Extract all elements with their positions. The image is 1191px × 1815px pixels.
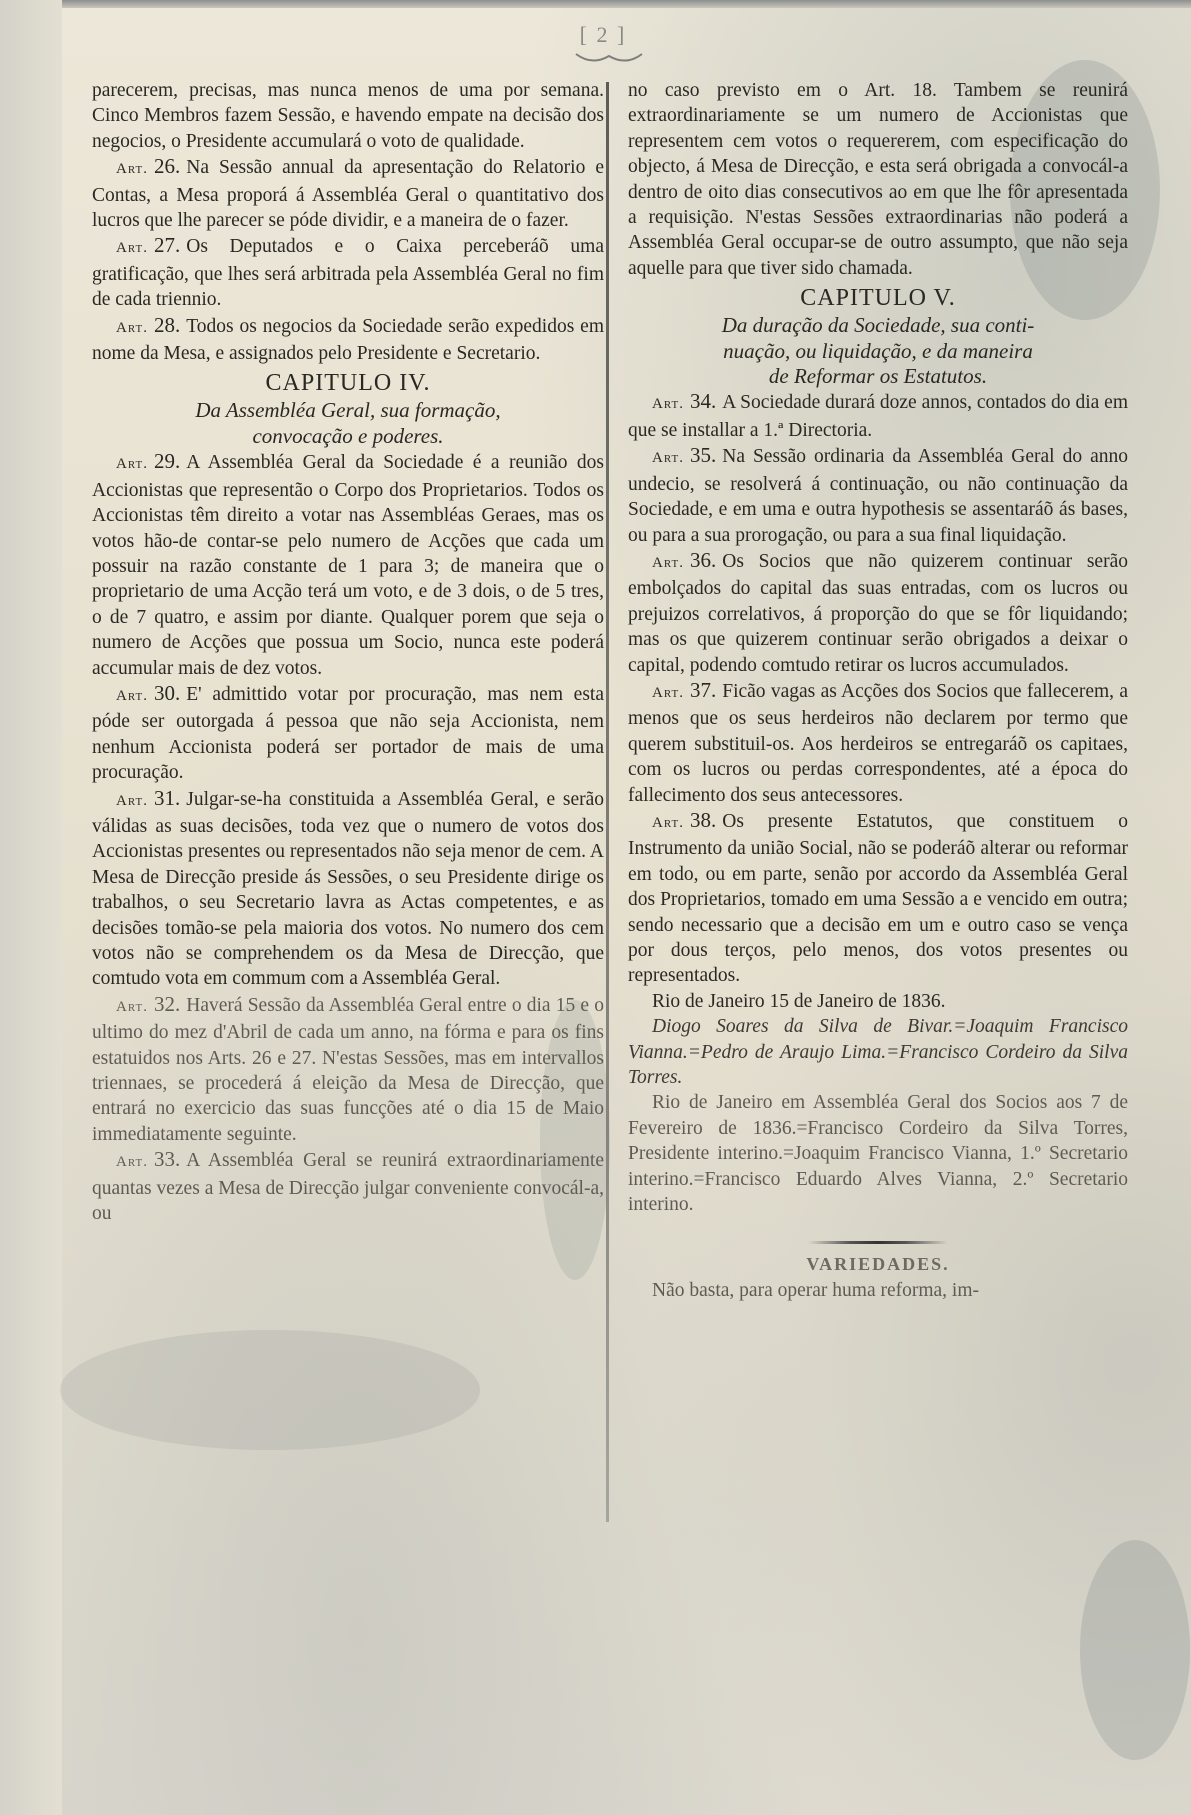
water-stain: [60, 1330, 480, 1450]
article-label: Art.: [116, 320, 148, 336]
article-label: Art.: [116, 1154, 148, 1170]
article-number: 30.: [154, 681, 180, 705]
article-number: 35.: [690, 443, 716, 467]
variedades-text: Não basta, para operar huma reforma, im-: [628, 1278, 1128, 1303]
article-number: 32.: [154, 992, 180, 1016]
article-number: 29.: [154, 449, 180, 473]
page-number: [ 2 ]: [573, 22, 633, 48]
top-edge: [0, 0, 1191, 8]
article-text: Os presente Estatutos, que constituem o …: [628, 811, 1128, 986]
chapter-v-title: CAPITULO V.: [628, 283, 1128, 313]
column-rule: [606, 82, 609, 1522]
article-number: 36.: [690, 548, 716, 572]
closing-date-line: Rio de Janeiro 15 de Janeiro de 1836.: [628, 989, 1128, 1014]
chapter-iv-subtitle-1: Da Assembléa Geral, sua formação,: [92, 398, 604, 423]
chapter-iv-subtitle-2: convocação e poderes.: [92, 424, 604, 449]
right-column: no caso previsto em o Art. 18. Tambem se…: [628, 78, 1128, 1303]
article-33: Art.33.A Assembléa Geral se reunirá extr…: [92, 1147, 604, 1226]
article-34: Art.34.A Sociedade durará doze annos, co…: [628, 389, 1128, 443]
article-number: 27.: [154, 233, 180, 257]
article-text: Haverá Sessão da Assembléa Geral entre o…: [92, 995, 604, 1145]
article-35: Art.35.Na Sessão ordinaria da Assembléa …: [628, 443, 1128, 548]
article-number: 26.: [154, 154, 180, 178]
article-32: Art.32.Haverá Sessão da Assembléa Geral …: [92, 992, 604, 1147]
article-number: 37.: [690, 678, 716, 702]
article-label: Art.: [652, 396, 684, 412]
variedades-heading: VARIEDADES.: [628, 1252, 1128, 1277]
article-number: 31.: [154, 786, 180, 810]
ornament-icon: [574, 50, 644, 64]
article-26: Art.26.Na Sessão annual da apresentação …: [92, 154, 604, 233]
article-37: Art.37.Ficão vagas as Acções dos Socios …: [628, 678, 1128, 808]
article-label: Art.: [652, 555, 684, 571]
article-label: Art.: [652, 815, 684, 831]
article-number: 28.: [154, 313, 180, 337]
article-label: Art.: [116, 456, 148, 472]
article-label: Art.: [116, 999, 148, 1015]
article-number: 34.: [690, 389, 716, 413]
section-divider: [808, 1241, 948, 1244]
chapter-v-subtitle-2: nuação, ou liquidação, e da maneira: [628, 339, 1128, 364]
article-number: 38.: [690, 808, 716, 832]
left-margin: [0, 0, 62, 1815]
newspaper-page: [ 2 ] parecerem, precisas, mas nunca men…: [0, 0, 1191, 1815]
article-30: Art.30.E' admittido votar por procuração…: [92, 681, 604, 786]
left-column: parecerem, precisas, mas nunca menos de …: [92, 78, 604, 1226]
article-28: Art.28.Todos os negocios da Sociedade se…: [92, 313, 604, 367]
chapter-v-subtitle-1: Da duração da Sociedade, sua conti-: [628, 313, 1128, 338]
article-36: Art.36.Os Socios que não quizerem contin…: [628, 548, 1128, 678]
paragraph-continuation: no caso previsto em o Art. 18. Tambem se…: [628, 78, 1128, 281]
article-label: Art.: [116, 688, 148, 704]
article-label: Art.: [116, 240, 148, 256]
article-label: Art.: [652, 685, 684, 701]
paragraph-continuation: parecerem, precisas, mas nunca menos de …: [92, 78, 604, 154]
article-38: Art.38.Os presente Estatutos, que consti…: [628, 808, 1128, 989]
assembly-line: Rio de Janeiro em Assembléa Geral dos So…: [628, 1090, 1128, 1217]
water-stain: [1080, 1540, 1190, 1760]
article-27: Art.27.Os Deputados e o Caixa perceberáõ…: [92, 233, 604, 312]
article-text: A Assembléa Geral da Sociedade é a reuni…: [92, 452, 604, 678]
article-text: Julgar-se-ha constituida a Assembléa Ger…: [92, 789, 604, 990]
article-31: Art.31.Julgar-se-ha constituida a Assemb…: [92, 786, 604, 992]
article-label: Art.: [116, 793, 148, 809]
article-29: Art.29.A Assembléa Geral da Sociedade é …: [92, 449, 604, 681]
chapter-iv-title: CAPITULO IV.: [92, 368, 604, 398]
chapter-v-subtitle-3: de Reformar os Estatutos.: [628, 364, 1128, 389]
article-label: Art.: [652, 450, 684, 466]
article-label: Art.: [116, 161, 148, 177]
article-number: 33.: [154, 1147, 180, 1171]
signatories: Diogo Soares da Silva de Bivar.=Joaquim …: [628, 1014, 1128, 1090]
